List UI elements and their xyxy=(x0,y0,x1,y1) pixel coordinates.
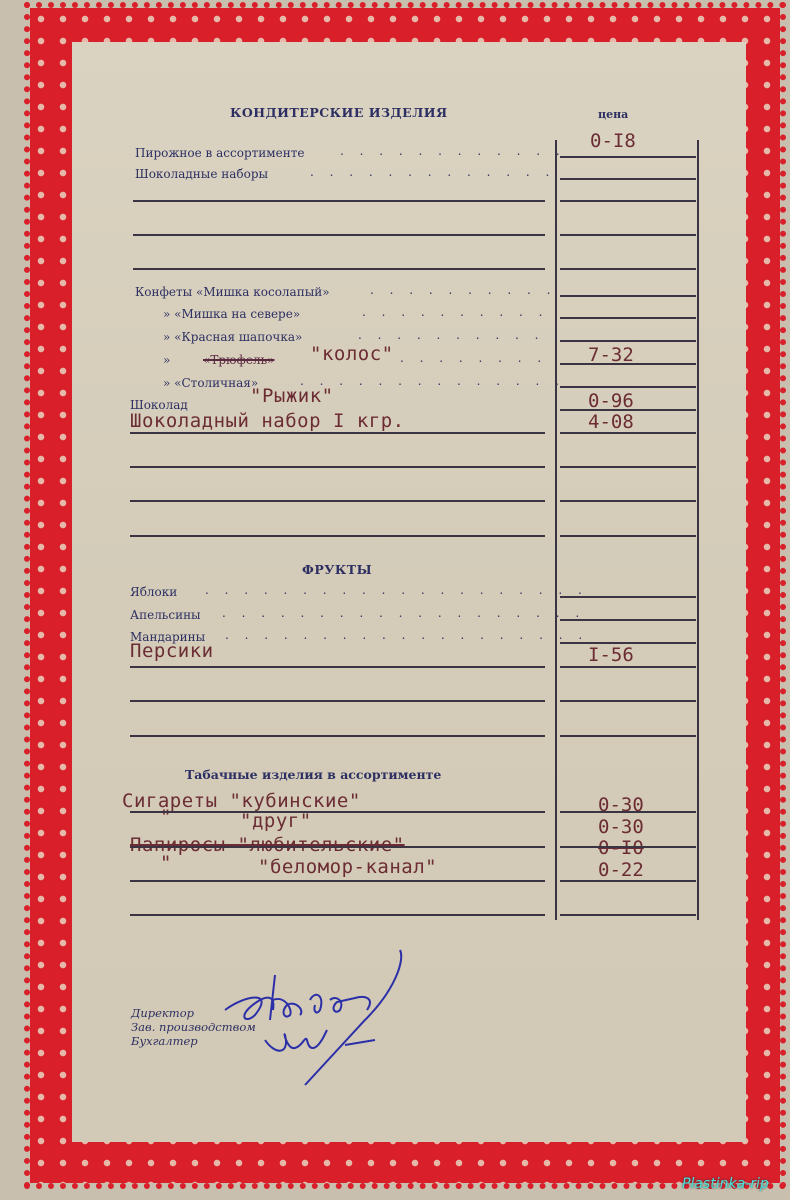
row-rule xyxy=(130,735,545,737)
leader-dots: . . . . . . . . . . . . . . . . . . . xyxy=(222,606,585,620)
row-rule xyxy=(133,200,545,202)
price-rule xyxy=(560,642,696,644)
price-rule xyxy=(560,268,696,270)
item-chocolate-set-1kg: Шоколадный набор I кгр. xyxy=(130,410,405,432)
item-kolos-typed: "колос" xyxy=(310,343,394,365)
row-rule xyxy=(130,880,545,882)
item-papirosy-belomorkanal: "беломор-канал" xyxy=(258,856,437,878)
section-title-confectionery: КОНДИТЕРСКИЕ ИЗДЕЛИЯ xyxy=(230,105,448,120)
row-rule xyxy=(130,666,545,668)
price-column-left-rule xyxy=(555,140,557,920)
row-rule xyxy=(130,500,545,502)
leader-dots: . . . . . . . . xyxy=(400,351,547,365)
price-belomorkanal: 0-22 xyxy=(598,859,644,881)
item-cigarettes-drug: "друг" xyxy=(240,810,312,832)
price-pastry: 0-I8 xyxy=(590,130,636,152)
row-rule xyxy=(130,700,545,702)
price-rule xyxy=(560,735,696,737)
item-cigarettes-kubinskie: Сигареты "кубинские" xyxy=(122,790,361,812)
row-rule xyxy=(130,846,545,848)
item-oranges: Апельсины xyxy=(130,608,201,622)
item-pastry: Пирожное в ассортименте xyxy=(135,146,304,160)
price-rule xyxy=(560,200,696,202)
price-drug: 0-30 xyxy=(598,816,644,838)
price-rule xyxy=(560,666,696,668)
price-lyubitelskie: 0-I0 xyxy=(598,837,644,859)
label-accountant: Бухгалтер xyxy=(131,1034,198,1048)
price-rule xyxy=(560,409,696,411)
price-chocolate-set-1kg: 4-08 xyxy=(588,411,634,433)
item-peaches-typed: Персики xyxy=(130,640,214,662)
leader-dots: . . . . . . . . . . . . . . . . . . . . xyxy=(205,583,588,597)
price-rule xyxy=(560,466,696,468)
watermark: Plastinka-rip xyxy=(682,1176,769,1192)
price-rule xyxy=(560,500,696,502)
item-trufel-struck: «Трюфель» xyxy=(203,353,274,367)
price-rule xyxy=(560,363,696,365)
price-rule xyxy=(560,700,696,702)
item-ditto-mark: » xyxy=(163,353,170,367)
ditto-mark: " xyxy=(160,806,172,828)
row-rule xyxy=(130,432,545,434)
item-apples: Яблоки xyxy=(130,585,177,599)
leader-dots: . . . . . . . . . . . xyxy=(358,328,564,342)
price-rule xyxy=(560,596,696,598)
item-chocolate-sets: Шоколадные наборы xyxy=(135,167,268,181)
item-krasnaya-shapochka: » «Красная шапочка» xyxy=(163,330,302,344)
price-rule xyxy=(560,295,696,297)
section-title-fruits: ФРУКТЫ xyxy=(302,562,372,577)
price-rule xyxy=(560,317,696,319)
price-column-right-rule xyxy=(697,140,699,920)
handwritten-signatures xyxy=(215,940,415,1090)
item-stolichnaya: » «Столичная» xyxy=(163,376,258,390)
price-rule xyxy=(560,619,696,621)
price-rule xyxy=(560,846,696,848)
leader-dots: . . . . . . . . . . . . . xyxy=(310,165,555,179)
item-mishka-kosolapy: Конфеты «Мишка косолапый» xyxy=(135,285,330,299)
price-rule xyxy=(560,432,696,434)
section-title-tobacco: Табачные изделия в ассортименте xyxy=(185,767,441,782)
item-ryzhik-typed: "Рыжик" xyxy=(250,385,334,407)
price-rule xyxy=(560,178,696,180)
label-director: Директор xyxy=(131,1006,194,1020)
price-rule xyxy=(560,880,696,882)
price-rule xyxy=(560,914,696,916)
price-rule xyxy=(560,156,696,158)
price-rule xyxy=(560,811,696,813)
leader-dots: . . . . . . . . . . . . . . . . . . . xyxy=(225,628,588,642)
leader-dots: . . . . . . . . . . . . . . xyxy=(300,374,565,388)
price-peaches: I-56 xyxy=(588,644,634,666)
row-rule xyxy=(130,914,545,916)
row-rule xyxy=(130,811,545,813)
ditto-mark: " xyxy=(160,852,172,874)
price-rule xyxy=(560,535,696,537)
leader-dots: . . . . . . . . . . . . xyxy=(340,144,566,158)
row-rule xyxy=(130,466,545,468)
row-rule xyxy=(133,234,545,236)
item-mishka-na-severe: » «Мишка на севере» xyxy=(163,307,300,321)
price-rule xyxy=(560,340,696,342)
leader-dots: . . . . . . . . . . xyxy=(370,283,556,297)
price-rule xyxy=(560,234,696,236)
row-rule xyxy=(133,268,545,270)
leader-dots: . . . . . . . . . . xyxy=(362,305,548,319)
price-column-header: цена xyxy=(598,108,628,121)
row-rule xyxy=(130,535,545,537)
price-rule xyxy=(560,386,696,388)
